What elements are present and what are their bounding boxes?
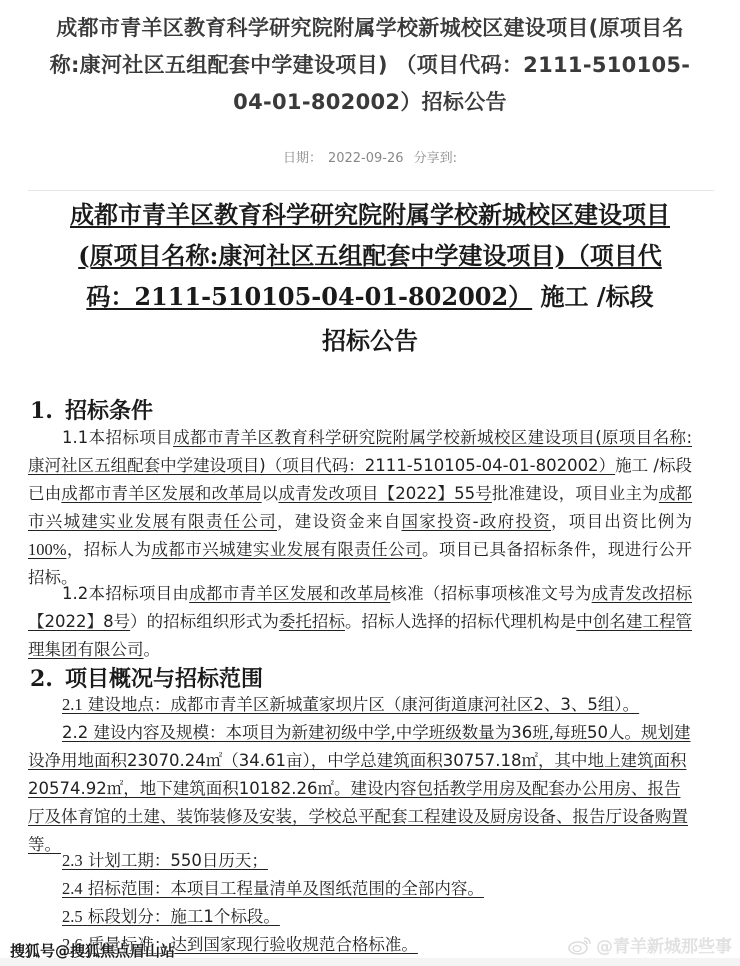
item-2-5-text: 标段划分：施工1个标段。 [88, 907, 280, 926]
article-meta: 日期：2022-09-26 分享到: [0, 147, 740, 166]
item-2-1: 2.1 建设地点：成都市青羊区新城董家坝片区（康河街道康河社区2、3、5组）。 [62, 691, 639, 719]
p11-fund-source: 国家投资-政府投资 [402, 512, 552, 531]
weibo-account: @青羊新城那些事 [596, 932, 732, 957]
p12-text-4: 。 [144, 640, 161, 659]
weibo-watermark: @青羊新城那些事 [568, 932, 732, 957]
p11-prefix: 1.1本招标项目 [62, 428, 173, 447]
p11-text-5: ，项目出资比例为 [551, 512, 692, 531]
doc-title-project-code: 码：2111-510105-04-01-802002） [86, 282, 532, 311]
item-2-3-text: 计划工期：550日历天； [88, 851, 268, 870]
doc-title-line-2: (原项目名称:康河社区五组配套中学建设项目)（项目代 [20, 235, 720, 276]
p11-text-2: 以 [262, 484, 279, 503]
section-1-title: 招标条件 [65, 399, 153, 424]
p12-text-3: 。招标人选择的招标代理机构是 [345, 612, 576, 631]
item-2-3: 2.3 计划工期：550日历天； [62, 847, 268, 875]
item-2-5: 2.5 标段划分：施工1个标段。 [62, 903, 280, 931]
p12-text-1: 核准（招标事项核准文号为 [390, 584, 591, 603]
paragraph-1-2: 1.2本招标项目由成都市青羊区发展和改革局核准（招标事项核准文号为成青发改招标【… [28, 580, 692, 664]
section-2-heading: 2.项目概况与招标范围 [30, 662, 263, 693]
doc-subtitle: 招标公告 [20, 321, 720, 362]
item-2-1-num: 2.1 [62, 695, 83, 714]
sohu-watermark: 搜狐号@搜狐焦点眉山站 [10, 940, 175, 961]
document-title: 成都市青羊区教育科学研究院附属学校新城校区建设项目 (原项目名称:康河社区五组配… [20, 194, 720, 362]
web-page-title: 成都市青羊区教育科学研究院附属学校新城校区建设项目(原项目名 称:康河社区五组配… [20, 10, 720, 121]
p12-text-2: ）的招标组织形式为 [130, 612, 279, 631]
share-to-label[interactable]: 分享到: [414, 151, 457, 166]
p11-approver: 成都市青羊区发展和改革局 [61, 484, 261, 503]
item-2-5-num: 2.5 [62, 907, 83, 926]
p11-text-3: 批准建设，项目业主为 [492, 484, 659, 503]
web-title-line-2: 称:康河社区五组配套中学建设项目) （项目代码：2111-510105- [20, 47, 720, 84]
announcement-page: 成都市青羊区教育科学研究院附属学校新城校区建设项目(原项目名 称:康河社区五组配… [0, 0, 740, 966]
divider [28, 190, 714, 191]
item-2-4-text: 招标范围：本项目工程量清单及图纸范围的全部内容。 [88, 879, 484, 898]
p11-text-6: ，招标人为 [67, 540, 152, 559]
item-2-2-text: 建设内容及规模：本项目为新建初级中学,中学班级数量为36班,每班50人。规划建设… [28, 723, 690, 854]
p12-prefix: 1.2本招标项目由 [62, 584, 189, 603]
section-2-title: 项目概况与招标范围 [65, 667, 263, 692]
item-2-4: 2.4 招标范围：本项目工程量清单及图纸范围的全部内容。 [62, 875, 484, 903]
paragraph-1-1: 1.1本招标项目成都市青羊区教育科学研究院附属学校新城校区建设项目(原项目名称:… [28, 424, 692, 592]
p11-ratio: 100% [28, 540, 67, 559]
doc-title-line-1: 成都市青羊区教育科学研究院附属学校新城校区建设项目 [20, 194, 720, 235]
p12-form: 委托招标 [279, 612, 345, 631]
p11-text-4: ，建设资金来自 [277, 512, 402, 531]
section-1-number: 1. [30, 398, 53, 424]
section-1-heading: 1.招标条件 [30, 394, 153, 425]
item-2-2-num: 2.2 [62, 723, 88, 742]
publish-date: 2022-09-26 [328, 151, 404, 166]
doc-title-lot: 施工 /标段 [541, 282, 654, 311]
p12-approver: 成都市青羊区发展和改革局 [189, 584, 390, 603]
section-2-number: 2. [30, 666, 53, 692]
web-title-line-3: 04-01-802002）招标公告 [20, 84, 720, 121]
weibo-icon [568, 935, 592, 955]
item-2-1-text: 建设地点：成都市青羊区新城董家坝片区（康河街道康河社区2、3、5组）。 [88, 695, 639, 714]
item-2-4-num: 2.4 [62, 879, 83, 898]
date-label: 日期： [283, 151, 322, 166]
p11-tenderer: 成都市兴城建实业发展有限责任公司 [151, 540, 422, 559]
p11-approval-doc: 成青发改项目【2022】55号 [278, 484, 492, 503]
web-title-line-1: 成都市青羊区教育科学研究院附属学校新城校区建设项目(原项目名 [20, 10, 720, 47]
item-2-3-num: 2.3 [62, 851, 83, 870]
item-2-2: 2.2 建设内容及规模：本项目为新建初级中学,中学班级数量为36班,每班50人。… [28, 719, 692, 859]
